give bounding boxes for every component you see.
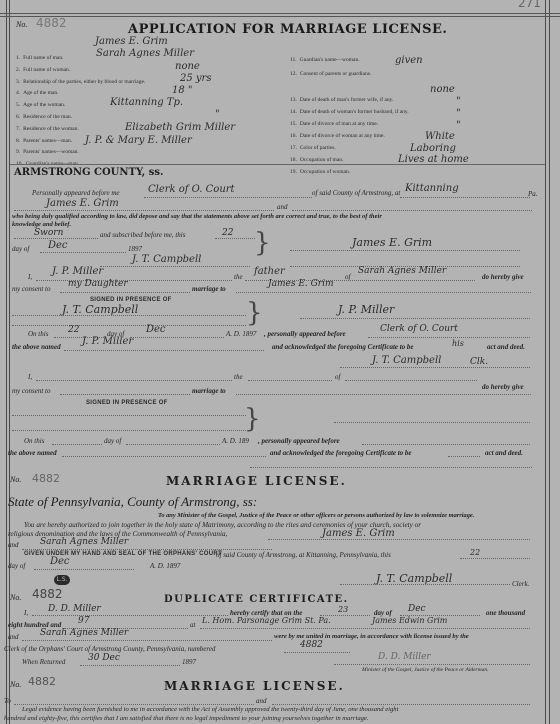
consent2-witness-line — [12, 415, 246, 416]
field-value: " — [456, 108, 461, 119]
duplicate-officiant: D. D. Miller — [48, 604, 101, 614]
section-divider — [250, 467, 532, 468]
consent-marriage-to: James E. Grim — [268, 279, 334, 289]
county-heading: ARMSTRONG COUNTY, ss. — [14, 167, 164, 178]
field-value: 25 yrs — [180, 73, 211, 84]
application-number-label: No. — [16, 20, 27, 29]
duplicate-bride: Sarah Agnes Miller — [40, 628, 128, 638]
field-label: Consent of parents or guardians. — [300, 71, 371, 77]
duplicate-month: Dec — [408, 604, 426, 614]
license-title: MARRIAGE LICENSE. — [166, 474, 347, 488]
affidavit-text: and subscribed before me, this — [100, 231, 185, 239]
consent2-witness-line — [12, 430, 246, 431]
license2-text: hundred and eighty-five, this certifies … — [4, 715, 369, 722]
license-day: 22 — [470, 548, 480, 557]
consent2-relation-line — [248, 380, 332, 381]
field-number: 12. — [290, 71, 297, 77]
brace: } — [254, 228, 271, 258]
consent2-text: , personally appeared before — [258, 437, 340, 445]
duplicate-officiant-line — [32, 615, 228, 616]
consent-text: , personally appeared before — [264, 330, 346, 338]
license2-title: MARRIAGE LICENSE. — [164, 679, 345, 693]
license2-text: and — [256, 697, 267, 705]
duplicate-minister-title: Minister of the Gospel, Justice of the P… — [362, 667, 489, 673]
clerk-signature-line — [100, 266, 250, 267]
license-clerk-title: Clerk. — [512, 580, 529, 588]
duplicate-place-line — [200, 628, 530, 629]
duplicate-number-label: No. — [10, 593, 21, 602]
consent-relation: father — [254, 266, 285, 277]
duplicate-minister-signature: D. D. Miller — [378, 652, 431, 662]
field-value: " — [456, 96, 461, 107]
consent2-signature-line — [334, 422, 530, 423]
license-text: To any Minister of the Gospel, Justice o… — [158, 512, 474, 519]
affidavit-text: who being duly qualified according to la… — [12, 213, 382, 220]
duplicate-numbered: 4882 — [300, 640, 323, 650]
affidavit-text: and — [277, 203, 288, 211]
license2-number: 4882 — [28, 675, 56, 688]
consent-clerk-signature: J. T. Campbell — [372, 355, 441, 366]
field-number: 19. — [290, 169, 297, 175]
license2-and-line — [272, 704, 530, 705]
field-value: none — [430, 84, 455, 95]
license-bride: Sarah Agnes Miller — [40, 537, 128, 547]
duplicate-text: were by me united in marriage, in accord… — [274, 633, 469, 640]
consent-text: act and deed. — [487, 343, 525, 351]
duplicate-returned-date: 30 Dec — [88, 653, 120, 663]
license-text: and — [8, 541, 19, 549]
marriage-record-page: 271 No. 4882 APPLICATION FOR MARRIAGE LI… — [0, 0, 560, 724]
field-value: J. P. & Mary E. Miller — [85, 135, 192, 146]
consent2-text: day of — [104, 437, 121, 445]
consent2-text: the — [234, 373, 243, 381]
license-text: day of — [8, 562, 25, 570]
consent2-of-line — [345, 380, 477, 381]
consent-clerk-title: Clk. — [470, 357, 488, 367]
consent-name-line — [36, 280, 232, 281]
affidavit-sworn: Sworn — [34, 228, 63, 238]
duplicate-returned-year: 1897 — [182, 658, 196, 666]
application-number: 4882 — [36, 16, 67, 30]
consent2-text: act and deed. — [485, 449, 523, 457]
field-value: Sarah Agnes Miller — [96, 48, 194, 59]
duplicate-numbered-line — [284, 652, 350, 653]
consent-text: and acknowledged the foregoing Certifica… — [272, 343, 414, 351]
right-border-rule — [545, 0, 546, 724]
top-border-rule — [0, 13, 560, 14]
brace: } — [244, 404, 261, 434]
duplicate-text: I, — [24, 609, 28, 617]
duplicate-minister-line — [334, 664, 530, 665]
duplicate-text: and — [8, 633, 19, 641]
consent2-text: my consent to — [12, 387, 51, 395]
duplicate-text: one thousand — [486, 609, 525, 617]
right-border-rule — [549, 0, 550, 724]
affidavit-applicant: James E. Grim — [46, 198, 119, 209]
consent-text: marriage to — [192, 285, 226, 293]
duplicate-place: L. Hom. Parsonage Grim St. Pa. — [202, 616, 331, 625]
license-state-line: State of Pennsylvania, County of Armstro… — [8, 494, 257, 510]
affidavit-second-line — [292, 210, 532, 211]
duplicate-returned-line — [80, 665, 180, 666]
sworn-year: 1897 — [128, 245, 142, 253]
consent-month: Dec — [146, 324, 166, 335]
license-month-line — [34, 569, 134, 570]
consent-month-line — [130, 337, 224, 338]
license-month: Dec — [50, 556, 70, 567]
field-value: 18 " — [172, 85, 193, 96]
consent2-text: On this — [24, 437, 44, 445]
affidavit-text: of said County of Armstrong, at — [312, 189, 400, 197]
top-border-rule — [0, 16, 560, 17]
license2-text: To — [4, 697, 11, 705]
applicant-signature-line — [290, 250, 520, 251]
sworn-day: 22 — [222, 228, 233, 238]
affidavit-official-line — [144, 197, 312, 198]
consent-clerk-line — [340, 367, 530, 368]
license2-number-label: No. — [10, 680, 21, 689]
field-value: " — [215, 109, 220, 120]
consent2-text: and acknowledged the foregoing Certifica… — [270, 449, 412, 457]
consent2-text: the above named — [8, 449, 57, 457]
consent-ad: A. D. 1897 — [226, 330, 256, 338]
license2-to-line — [14, 704, 254, 705]
left-border-rule — [6, 0, 7, 724]
witness-line — [12, 315, 246, 316]
affidavit-text: day of — [12, 245, 29, 253]
duplicate-bride-line — [22, 640, 272, 641]
duplicate-title: DUPLICATE CERTIFICATE. — [164, 594, 349, 605]
affidavit-place: Kittanning — [405, 183, 459, 194]
consent2-day-line — [52, 444, 102, 445]
field-value: Elizabeth Grim Miller — [125, 122, 235, 133]
license-clerk-line — [340, 584, 510, 585]
duplicate-number: 4882 — [32, 587, 63, 601]
sworn-day-line — [215, 238, 255, 239]
applicant-signature: James E. Grim — [352, 236, 432, 249]
consent-before-line — [368, 337, 530, 338]
brace: } — [246, 298, 263, 328]
consent2-above-line — [62, 456, 266, 457]
application-title: APPLICATION FOR MARRIAGE LICENSE. — [128, 22, 447, 37]
license-ad: A. D. 1897 — [150, 562, 180, 570]
consent2-text: of — [335, 373, 340, 381]
consent-text: do hereby give — [482, 273, 524, 281]
consent2-marriage-line — [236, 394, 531, 395]
affidavit-text: knowledge and belief. — [12, 221, 71, 228]
application-field-row: 12.Consent of parents or guardians. — [290, 62, 371, 80]
sworn-month-line — [40, 252, 126, 253]
consent-marriage-line — [236, 292, 531, 293]
field-label: Occupation of woman. — [300, 169, 350, 175]
consent-before: Clerk of O. Court — [380, 324, 458, 334]
consent2-to-line — [60, 394, 190, 395]
sworn-line — [14, 238, 98, 239]
field-value: none — [175, 61, 200, 72]
witness-line — [12, 325, 246, 326]
affidavit-applicant-line — [14, 210, 274, 211]
field-value: Laboring — [410, 143, 456, 154]
consent2-text: I, — [28, 373, 32, 381]
clerk-signature: J. T. Campbell — [132, 254, 201, 265]
consent-act-value: his — [452, 339, 464, 348]
license-groom-line — [268, 539, 530, 540]
consent2-ad: A. D. 189 — [222, 437, 249, 445]
left-border-rule — [9, 0, 10, 724]
consent2-before-line — [362, 444, 530, 445]
field-value: Kittanning Tp. — [110, 97, 183, 108]
consent-signature: J. P. Miller — [338, 303, 394, 316]
license-text: of said County of Armstrong, at Kittanni… — [216, 551, 391, 559]
consent-text: On this — [28, 330, 48, 338]
duplicate-day: 23 — [338, 605, 348, 614]
consent-text: the above named — [12, 343, 61, 351]
consent-name: J. P. Miller — [52, 266, 103, 277]
consent2-name-line — [36, 380, 232, 381]
license-bride-line — [22, 549, 272, 550]
license-number-label: No. — [10, 475, 21, 484]
affidavit-official: Clerk of O. Court — [148, 184, 235, 195]
section-divider — [10, 164, 545, 165]
field-value: James E. Grim — [95, 36, 168, 47]
duplicate-text: Clerk of the Orphans' Court of Armstrong… — [4, 645, 215, 653]
field-value: given — [395, 55, 423, 66]
field-value: " — [456, 120, 461, 131]
license-number: 4882 — [32, 472, 60, 485]
consent-to-value: my Daughter — [68, 279, 128, 289]
consent-to-line — [60, 292, 190, 293]
duplicate-text: When Returned — [22, 658, 65, 666]
consent-signature-line — [300, 318, 530, 319]
duplicate-text: at — [190, 621, 195, 629]
field-value: White — [425, 131, 455, 142]
consent-text: the — [234, 273, 243, 281]
signed-in-presence-heading: SIGNED IN PRESENCE OF — [86, 400, 168, 406]
license-groom: James E. Grim — [322, 528, 395, 539]
application-field-row: 19.Occupation of woman. — [290, 160, 350, 178]
license2-text: Legal evidence having been furnished to … — [22, 706, 398, 713]
court-seal-mark: L.S. — [54, 575, 70, 585]
above-named-line — [64, 350, 264, 351]
consent2-act-line — [448, 456, 480, 457]
license-day-line — [460, 558, 530, 559]
duplicate-year: 97 — [78, 616, 89, 626]
consent-day: 22 — [68, 325, 79, 335]
affidavit-text: Personally appeared before me — [32, 189, 120, 197]
affidavit-place-line — [400, 197, 530, 198]
consent-text: I, — [28, 273, 32, 281]
page-number: 271 — [518, 0, 541, 10]
consent-above-named: J. P. Miller — [82, 336, 133, 347]
consent2-month-line — [126, 444, 220, 445]
duplicate-groom: James Edwin Grim — [372, 616, 447, 625]
consent2-text: do hereby give — [482, 383, 524, 391]
consent-of-name: Sarah Agnes Miller — [358, 266, 446, 276]
sworn-month: Dec — [48, 240, 68, 251]
consent-text: my consent to — [12, 285, 51, 293]
affidavit-text: Pa. — [528, 190, 538, 198]
consent2-text: marriage to — [192, 387, 226, 395]
